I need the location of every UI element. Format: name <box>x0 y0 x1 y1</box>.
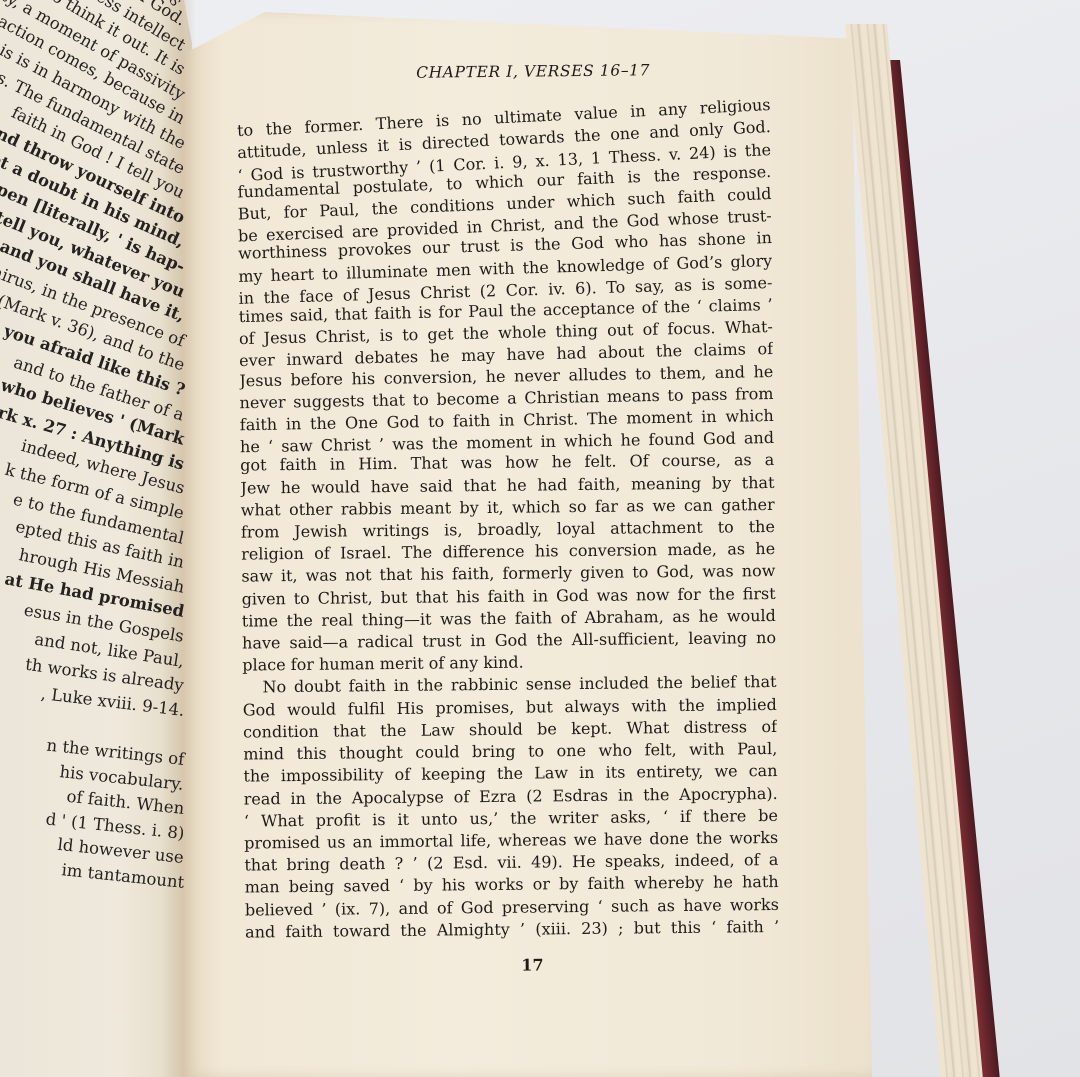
running-head: CHAPTER I, VERSES 16–17 <box>296 58 770 85</box>
right-page-text: CHAPTER I, VERSES 16–17 to the former. T… <box>236 58 780 980</box>
text-line: and faith toward the Almighty ’ (xiii. 2… <box>245 916 779 944</box>
body-text: to the former. There is no ultimate valu… <box>236 94 779 943</box>
